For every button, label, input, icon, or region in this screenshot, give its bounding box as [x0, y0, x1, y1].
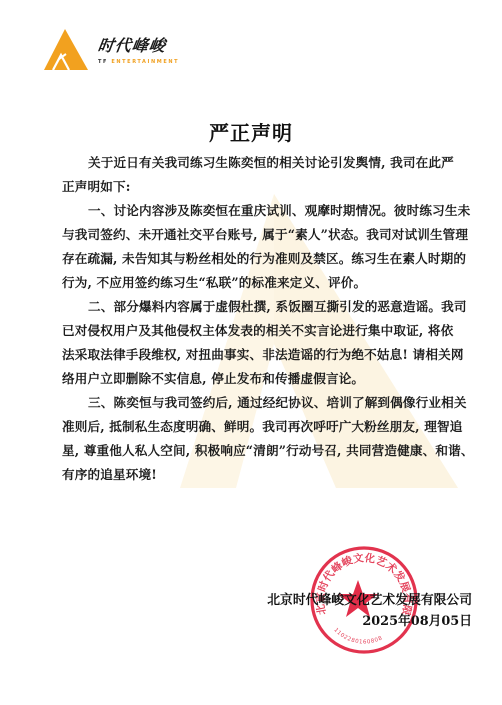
page-title: 严正声明	[0, 117, 502, 146]
logo-en-prefix: TF	[98, 59, 108, 65]
statement-body: 关于近日有关我司练习生陈奕恒的相关讨论引发舆情, 我司在此严 正声明如下: 一、…	[62, 151, 474, 487]
body-line: 存在疏漏, 未告知其与粉丝相处的行为准则及禁区。练习生在素人时期的	[62, 247, 474, 271]
statement-date: 2025年08月05日	[267, 611, 472, 632]
logo-chinese-name: 时代峰峻	[96, 33, 167, 56]
body-line: 三、陈奕恒与我司签约后, 通过经纪协议、培训了解到偶像行业相关	[62, 391, 474, 415]
body-line: 与我司签约、未开通社交平台账号, 属于“素人”状态。我司对试训生管理	[62, 223, 474, 247]
company-logo: 时代峰峻 TF ENTERTAINMENT	[42, 27, 192, 73]
body-line: 一、讨论内容涉及陈奕恒在重庆试训、观摩时期情况。彼时练习生未	[62, 199, 474, 223]
body-line: 关于近日有关我司练习生陈奕恒的相关讨论引发舆情, 我司在此严	[62, 151, 474, 175]
body-line: 星, 尊重他人私人空间, 积极响应“清朗”行动号召, 共同营造健康、和谐、	[62, 439, 474, 463]
body-line: 已对侵权用户及其他侵权主体发表的相关不实言论进行集中取证, 将依	[62, 319, 474, 343]
triangle-logo-icon	[42, 27, 92, 73]
body-line: 有序的追星环境!	[62, 463, 474, 487]
body-line: 正声明如下:	[62, 175, 474, 199]
body-line: 法采取法律手段维权, 对扭曲事实、非法造谣的行为绝不姑息! 请相关网	[62, 343, 474, 367]
signature-block: 北京时代峰峻文化艺术发展有限公司 2025年08月05日	[267, 590, 472, 632]
logo-en-suffix: ENTERTAINMENT	[111, 59, 179, 65]
body-line: 准则后, 抵制私生态度明确、鲜明。我司再次呼吁广大粉丝朋友, 理智追	[62, 415, 474, 439]
body-line: 络用户立即删除不实信息, 停止发布和传播虚假言论。	[62, 367, 474, 391]
body-line: 二、部分爆料内容属于虚假杜撰, 系饭圈互撕引发的恶意造谣。我司	[62, 295, 474, 319]
body-line: 行为, 不应用签约练习生“私联”的标准来定义、评价。	[62, 271, 474, 295]
company-name: 北京时代峰峻文化艺术发展有限公司	[267, 590, 472, 611]
logo-english-name: TF ENTERTAINMENT	[98, 59, 179, 65]
